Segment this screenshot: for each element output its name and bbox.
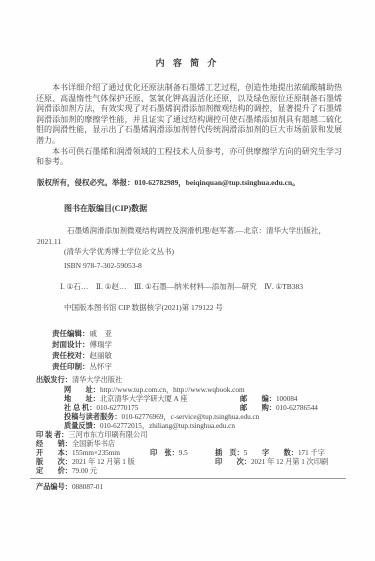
edition-label: 版 次： bbox=[36, 458, 72, 466]
address-label: 地 址： bbox=[64, 395, 100, 403]
distributor-label: 经 销： bbox=[36, 440, 72, 448]
price-label: 定 价： bbox=[36, 467, 72, 475]
inserts-label: 插 页： bbox=[215, 449, 244, 457]
staff-print-supervisor: 责任印制：丛怀宇 bbox=[52, 363, 112, 371]
publisher-label: 出版发行： bbox=[36, 376, 72, 384]
reader-service-line: 投稿与读者服务：010-62776969，c-service@tup.tsing… bbox=[64, 414, 259, 421]
intro-title: 内 容 简 介 bbox=[0, 56, 375, 69]
intro-paragraph-1: 本书详细介绍了通过优化还原法制备石墨烯工艺过程，创造性地提出浓硫酸辅助热还原、高… bbox=[36, 83, 342, 147]
staff-print-supervisor-label: 责任印制： bbox=[52, 362, 90, 371]
impression-value: 2021 年 12 月第 1 次印刷 bbox=[251, 458, 328, 466]
quality-feedback-label: 质量反馈： bbox=[64, 422, 100, 430]
publisher-value: 清华大学出版社 bbox=[72, 376, 122, 384]
product-number-value: 088087-01 bbox=[72, 483, 103, 491]
staff-cover-designer: 封面设计：傅瑞学 bbox=[52, 341, 112, 349]
reader-service-value: 010-62776969，c-service@tup.tsinghua.edu.… bbox=[122, 413, 260, 421]
distributor-line: 经 销：全国新华书店 bbox=[36, 441, 115, 448]
printer-value: 三河市东方印刷有限公司 bbox=[68, 431, 147, 439]
mail-order-line: 邮 购：010-62786544 bbox=[240, 405, 318, 412]
sheets-label: 印 张： bbox=[150, 449, 179, 457]
cip-record-number: 中国版本图书馆 CIP 数据核字(2021)第 179122 号 bbox=[64, 304, 223, 312]
edition-value: 2021 年 12 月第 1 版 bbox=[72, 458, 135, 466]
inserts-value: 5 bbox=[244, 449, 248, 457]
cip-isbn: ISBN 978-7-302-59053-8 bbox=[64, 262, 142, 270]
zipcode-label: 邮 编： bbox=[240, 395, 276, 403]
cip-entry-line2: 2021.11 bbox=[37, 238, 61, 246]
word-count-label: 字 数： bbox=[262, 449, 298, 457]
sheets-value: 9.5 bbox=[179, 449, 188, 457]
publisher-line: 出版发行：清华大学出版社 bbox=[36, 377, 122, 384]
word-count-segment: 字 数：171 千字 bbox=[262, 450, 325, 457]
cip-entry-line1: 石墨烯润滑添加剂微观结构调控及润滑机理/赵军著.—北京：清华大学出版社， bbox=[67, 227, 326, 235]
website-line: 网 址：http://www.tup.com.cn，http://www.wqb… bbox=[64, 387, 245, 394]
inserts-segment: 插 页：5 bbox=[215, 450, 247, 457]
mail-order-value: 010-62786544 bbox=[276, 404, 318, 412]
distributor-value: 全国新华书店 bbox=[72, 440, 115, 448]
mail-order-label: 邮 购： bbox=[240, 404, 276, 412]
zipcode-line: 邮 编：100084 bbox=[240, 396, 298, 403]
website-value: http://www.tup.com.cn，http://www.wqbook.… bbox=[100, 386, 245, 394]
price-line: 定 价：79.00 元 bbox=[36, 468, 97, 475]
printer-label: 印 装 者： bbox=[36, 431, 68, 439]
staff-cover-designer-label: 封面设计： bbox=[52, 340, 90, 349]
switchboard-value: 010-62770175 bbox=[96, 404, 138, 412]
switchboard-label: 社 总 机： bbox=[64, 404, 96, 412]
quality-feedback-value: 010-62772015，zhiliang@tup.tsinghua.edu.c… bbox=[100, 422, 235, 430]
staff-print-supervisor-value: 丛怀宇 bbox=[90, 362, 113, 371]
staff-proofreader: 责任校对：赵丽敏 bbox=[52, 352, 112, 360]
edition-segment: 版 次：2021 年 12 月第 1 版 bbox=[36, 459, 135, 466]
sheets-segment: 印 张：9.5 bbox=[150, 450, 188, 457]
staff-editor-value: 戚 亚 bbox=[90, 329, 113, 338]
footer-divider bbox=[30, 478, 346, 479]
staff-editor: 责任编辑：戚 亚 bbox=[52, 330, 112, 338]
cip-series: (清华大学优秀博士学位论文丛书) bbox=[64, 248, 174, 256]
staff-proofreader-label: 责任校对： bbox=[52, 351, 90, 360]
impression-label: 印 次： bbox=[215, 458, 251, 466]
impression-segment: 印 次：2021 年 12 月第 1 次印刷 bbox=[215, 459, 328, 466]
reader-service-label: 投稿与读者服务： bbox=[64, 413, 122, 421]
address-line: 地 址：北京清华大学学研大厦 A 座 bbox=[64, 396, 187, 403]
printer-line: 印 装 者：三河市东方印刷有限公司 bbox=[36, 432, 147, 439]
staff-proofreader-value: 赵丽敏 bbox=[90, 351, 113, 360]
cip-header: 图书在版编目(CIP)数据 bbox=[64, 205, 147, 213]
intro-text: 本书详细介绍了通过优化还原法制备石墨烯工艺过程，创造性地提出浓硫酸辅助热还原、高… bbox=[36, 83, 342, 168]
staff-editor-label: 责任编辑： bbox=[52, 329, 90, 338]
format-value: 155mm×235mm bbox=[72, 449, 120, 457]
book-copyright-page: 内 容 简 介 本书详细介绍了通过优化还原法制备石墨烯工艺过程，创造性地提出浓硫… bbox=[0, 0, 375, 561]
intro-paragraph-2: 本书可供石墨烯和润滑领域的工程技术人员参考，亦可供摩擦学方向的研究生学习和参考。 bbox=[36, 147, 342, 168]
product-number-label: 产品编号： bbox=[36, 483, 72, 491]
format-label: 开 本： bbox=[36, 449, 72, 457]
address-value: 北京清华大学学研大厦 A 座 bbox=[100, 395, 187, 403]
website-label: 网 址： bbox=[64, 386, 100, 394]
staff-cover-designer-value: 傅瑞学 bbox=[90, 340, 113, 349]
product-number-line: 产品编号：088087-01 bbox=[36, 484, 103, 491]
copyright-notice: 版权所有，侵权必究。举报：010-62782989，beiqinquan@tup… bbox=[37, 179, 300, 187]
zipcode-value: 100084 bbox=[276, 395, 298, 403]
price-value: 79.00 元 bbox=[72, 467, 97, 475]
switchboard-line: 社 总 机：010-62770175 bbox=[64, 405, 138, 412]
word-count-value: 171 千字 bbox=[298, 449, 325, 457]
quality-feedback-line: 质量反馈：010-62772015，zhiliang@tup.tsinghua.… bbox=[64, 423, 235, 430]
format-segment: 开 本：155mm×235mm bbox=[36, 450, 120, 457]
cip-classification: Ⅰ. ①石… Ⅱ. ①赵… Ⅲ. ①石墨—纳米材料—添加剂—研究 Ⅳ. ①TB3… bbox=[60, 283, 303, 291]
